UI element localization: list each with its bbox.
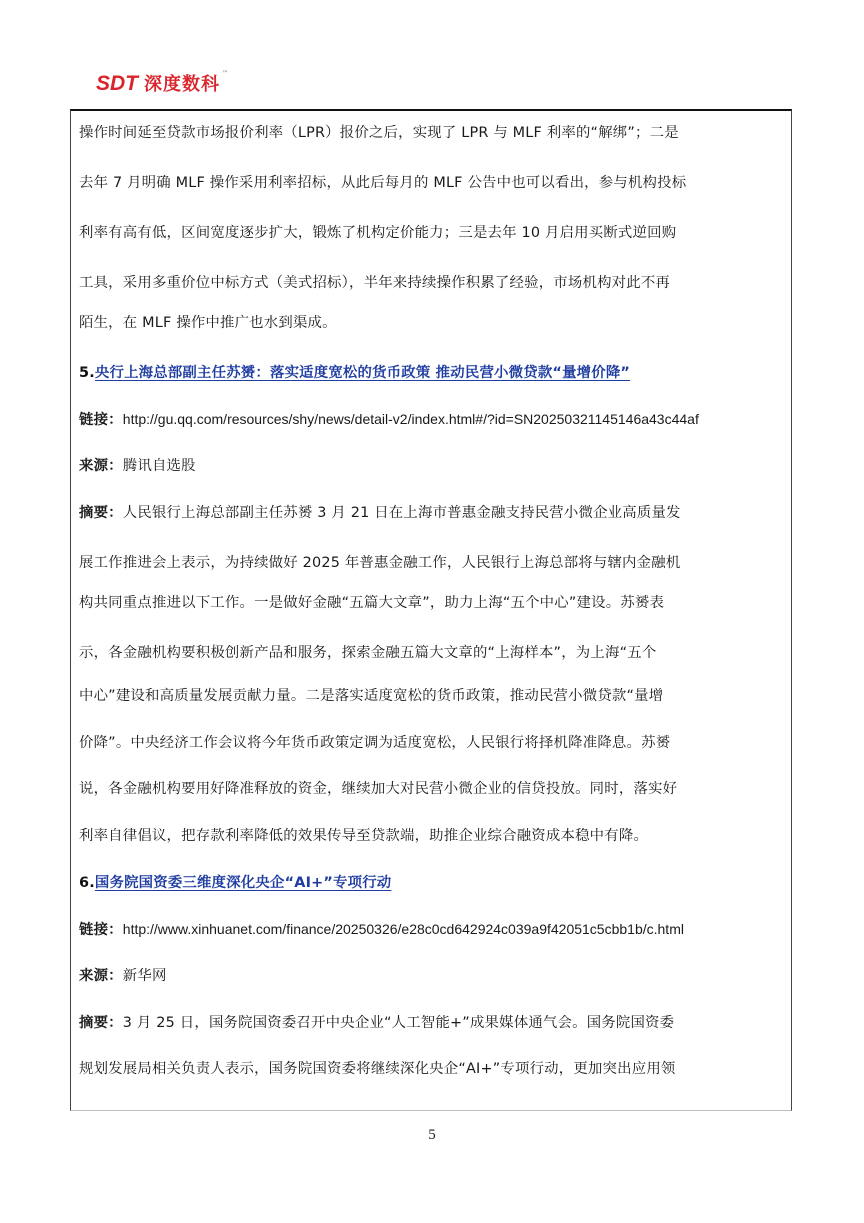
- link-label: 链接：: [79, 922, 123, 938]
- paragraph-line: 去年 7 月明确 MLF 操作采用利率招标，从此后每月的 MLF 公告中也可以看…: [79, 173, 686, 193]
- summary-line: 价降”。中央经济工作会议将今年货币政策定调为适度宽松，人民银行将择机降准降息。苏…: [79, 733, 670, 753]
- summary-line: 展工作推进会上表示，为持续做好 2025 年普惠金融工作，人民银行上海总部将与辖…: [79, 553, 680, 573]
- article-6-url[interactable]: http://www.xinhuanet.com/finance/2025032…: [123, 921, 684, 937]
- summary-text: 人民银行上海总部副主任苏赟 3 月 21 日在上海市普惠金融支持民营小微企业高质…: [123, 505, 681, 521]
- article-number: 6.: [79, 875, 95, 891]
- page-number: 5: [0, 1127, 864, 1144]
- summary-line: 说，各金融机构要用好降准释放的资金，继续加大对民营小微企业的信贷投放。同时，落实…: [79, 779, 677, 799]
- logo-name: 深度数科: [144, 70, 220, 96]
- article-5-title-link[interactable]: 央行上海总部副主任苏赟：落实适度宽松的货币政策 推动民营小微贷款“量增价降”: [95, 365, 630, 381]
- summary-line: 中心”建设和高质量发展贡献力量。二是落实适度宽松的货币政策，推动民营小微贷款“量…: [79, 686, 663, 706]
- paragraph-line: 工具，采用多重价位中标方式（美式招标），半年来持续操作积累了经验，市场机构对此不…: [79, 273, 670, 293]
- article-6-title-link[interactable]: 国务院国资委三维度深化央企“AI+”专项行动: [95, 875, 392, 891]
- summary-label: 摘要：: [79, 1015, 123, 1031]
- summary-line: 利率自律倡议，把存款利率降低的效果传导至贷款端，助推企业综合融资成本稳中有降。: [79, 826, 648, 846]
- paragraph-line: 利率有高有低，区间宽度逐步扩大，锻炼了机构定价能力；三是去年 10 月启用买断式…: [79, 223, 676, 243]
- article-6-heading: 6.国务院国资委三维度深化央企“AI+”专项行动: [79, 873, 391, 893]
- summary-text: 3 月 25 日，国务院国资委召开中央企业“人工智能+”成果媒体通气会。国务院国…: [123, 1015, 674, 1031]
- summary-line: 构共同重点推进以下工作。一是做好金融“五篇大文章”，助力上海“五个中心”建设。苏…: [79, 593, 664, 613]
- source-label: 来源：: [79, 968, 123, 984]
- logo-mark: SDT: [96, 72, 138, 96]
- source-value: 腾讯自选股: [123, 458, 196, 474]
- source-label: 来源：: [79, 458, 123, 474]
- company-logo: SDT 深度数科 ™: [96, 70, 228, 96]
- summary-line: 规划发展局相关负责人表示，国务院国资委将继续深化央企“AI+”专项行动，更加突出…: [79, 1059, 676, 1079]
- summary-label: 摘要：: [79, 505, 123, 521]
- summary-line: 示，各金融机构要积极创新产品和服务，探索金融五篇大文章的“上海样本”，为上海“五…: [79, 643, 656, 663]
- article-5-source-row: 来源：腾讯自选股: [79, 456, 196, 476]
- summary-line: 摘要：人民银行上海总部副主任苏赟 3 月 21 日在上海市普惠金融支持民营小微企…: [79, 503, 681, 523]
- summary-line: 摘要：3 月 25 日，国务院国资委召开中央企业“人工智能+”成果媒体通气会。国…: [79, 1013, 674, 1033]
- paragraph-line: 陌生，在 MLF 操作中推广也水到渠成。: [79, 313, 337, 333]
- paragraph-line: 操作时间延至贷款市场报价利率（LPR）报价之后，实现了 LPR 与 MLF 利率…: [79, 123, 679, 143]
- article-6-link-row: 链接：http://www.xinhuanet.com/finance/2025…: [79, 919, 684, 939]
- source-value: 新华网: [123, 968, 167, 984]
- content-frame: 操作时间延至贷款市场报价利率（LPR）报价之后，实现了 LPR 与 MLF 利率…: [70, 109, 792, 1111]
- link-label: 链接：: [79, 412, 123, 428]
- article-5-heading: 5.央行上海总部副主任苏赟：落实适度宽松的货币政策 推动民营小微贷款“量增价降”: [79, 363, 630, 383]
- article-5-url[interactable]: http://gu.qq.com/resources/shy/news/deta…: [123, 411, 699, 427]
- trademark-icon: ™: [222, 70, 228, 77]
- article-6-source-row: 来源：新华网: [79, 966, 167, 986]
- article-number: 5.: [79, 365, 95, 381]
- article-5-link-row: 链接：http://gu.qq.com/resources/shy/news/d…: [79, 409, 699, 429]
